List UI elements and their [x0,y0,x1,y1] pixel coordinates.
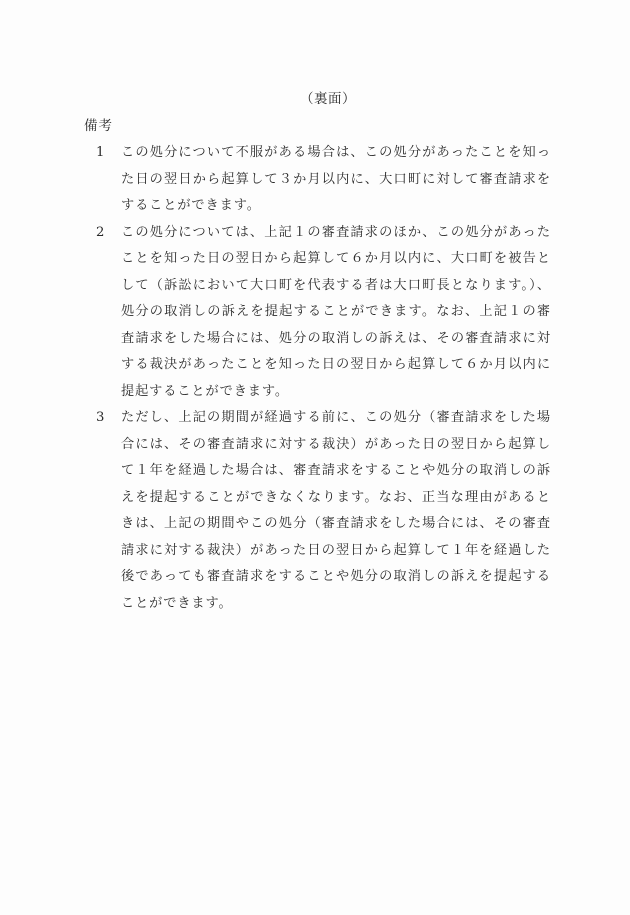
remark-text: この処分について不服がある場合は、この処分があったことを知った日の翌日から起算し… [121,140,551,220]
section-label-remarks: 備考 [84,114,113,134]
remark-text: ただし、上記の期間が経過する前に、この処分（審査請求をした場合には、その審査請求… [121,405,551,617]
document-page: （裏面） 備考 1 この処分について不服がある場合は、この処分があったことを知っ… [0,0,630,915]
remark-number: 3 [96,405,105,432]
remark-item-2: 2 この処分については、上記１の審査請求のほか、この処分があったことを知った日の… [96,220,551,406]
remarks-list: 1 この処分について不服がある場合は、この処分があったことを知った日の翌日から起… [96,140,551,617]
remark-text: この処分については、上記１の審査請求のほか、この処分があったことを知った日の翌日… [121,220,551,406]
remark-number: 1 [96,140,105,167]
remark-number: 2 [96,220,105,247]
page-heading: （裏面） [0,87,630,107]
remark-item-3: 3 ただし、上記の期間が経過する前に、この処分（審査請求をした場合には、その審査… [96,405,551,617]
remark-item-1: 1 この処分について不服がある場合は、この処分があったことを知った日の翌日から起… [96,140,551,220]
